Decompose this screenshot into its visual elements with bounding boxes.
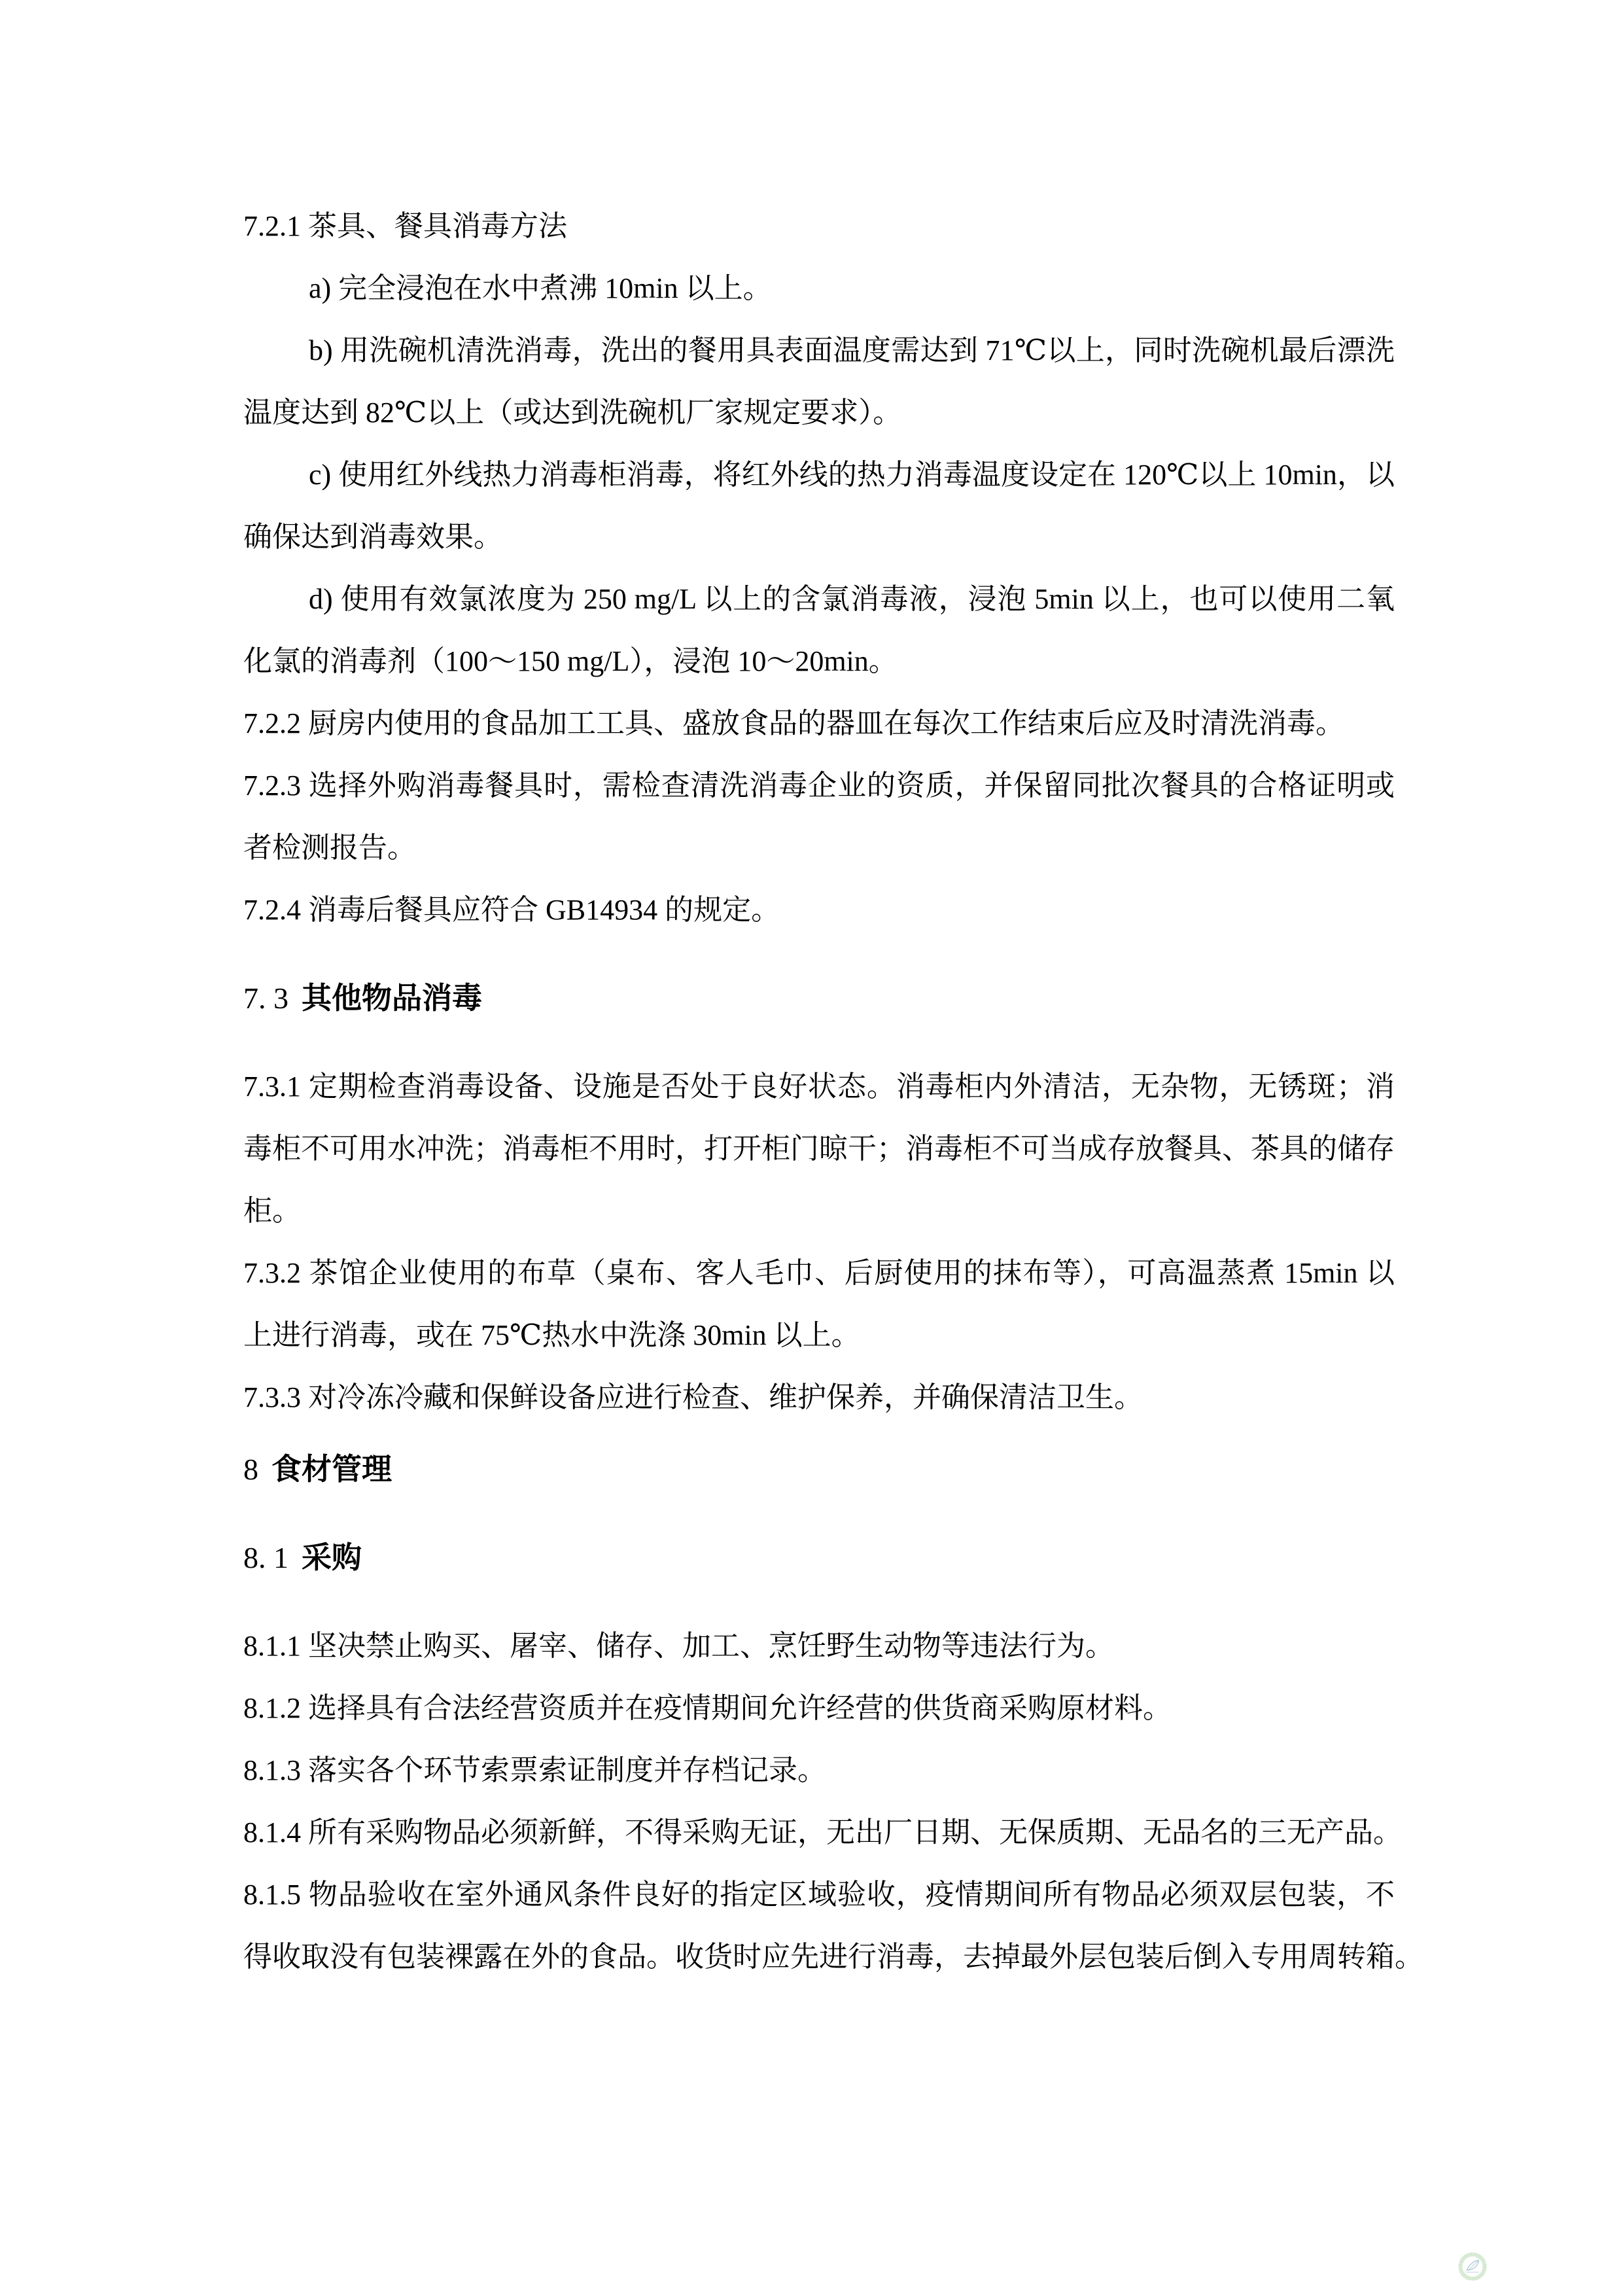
list-item-d-line-1: d) 使用有效氯浓度为 250 mg/L 以上的含氯消毒液，浸泡 5min 以上… — [243, 568, 1395, 630]
list-item-c-line-1: c) 使用红外线热力消毒柜消毒，将红外线的热力消毒温度设定在 120℃以上 10… — [243, 444, 1395, 506]
list-item-c-line-2: 确保达到消毒效果。 — [243, 506, 1395, 568]
list-item-a: a) 完全浸泡在水中煮沸 10min 以上。 — [243, 257, 1395, 319]
section-title: 其他物品消毒 — [302, 981, 482, 1015]
chapter-heading-8: 8食材管理 — [243, 1438, 1395, 1500]
clause-7-2-3-line-1: 7.2.3 选择外购消毒餐具时，需检查清洗消毒企业的资质，并保留同批次餐具的合格… — [243, 754, 1395, 817]
clause-7-3-1-line-3: 柜。 — [243, 1180, 1395, 1242]
clause-7-3-1-line-1: 7.3.1 定期检查消毒设备、设施是否处于良好状态。消毒柜内外清洁，无杂物，无锈… — [243, 1055, 1395, 1118]
chapter-title: 食材管理 — [271, 1452, 392, 1486]
clause-8-1-5-line-2: 得收取没有包装裸露在外的食品。收货时应先进行消毒，去掉最外层包装后倒入专用周转箱… — [243, 1926, 1395, 1988]
section-heading-7-3: 7. 3其他物品消毒 — [243, 967, 1395, 1029]
clause-7-2-4: 7.2.4 消毒后餐具应符合 GB14934 的规定。 — [243, 879, 1395, 941]
clause-7-2-3-line-2: 者检测报告。 — [243, 817, 1395, 879]
list-item-b-line-1: b) 用洗碗机清洗消毒，洗出的餐用具表面温度需达到 71℃以上，同时洗碗机最后漂… — [243, 319, 1395, 381]
clause-8-1-2: 8.1.2 选择具有合法经营资质并在疫情期间允许经营的供货商采购原材料。 — [243, 1677, 1395, 1739]
clause-7-3-2-line-2: 上进行消毒，或在 75℃热水中洗涤 30min 以上。 — [243, 1304, 1395, 1366]
list-item-b-line-2: 温度达到 82℃以上（或达到洗碗机厂家规定要求）。 — [243, 381, 1395, 444]
clause-8-1-3: 8.1.3 落实各个环节索票索证制度并存档记录。 — [243, 1739, 1395, 1801]
chapter-number: 8 — [243, 1453, 258, 1486]
section-title: 采购 — [302, 1540, 362, 1574]
section-number: 8. 1 — [243, 1541, 288, 1574]
section-number: 7. 3 — [243, 981, 288, 1015]
clause-7-2-2: 7.2.2 厨房内使用的食品加工工具、盛放食品的器皿在每次工作结束后应及时清洗消… — [243, 692, 1395, 754]
document-page: 7.2.1 茶具、餐具消毒方法 a) 完全浸泡在水中煮沸 10min 以上。 b… — [0, 0, 1623, 2296]
clause-8-1-4: 8.1.4 所有采购物品必须新鲜，不得采购无证，无出厂日期、无保质期、无品名的三… — [243, 1801, 1395, 1863]
clause-8-1-1: 8.1.1 坚决禁止购买、屠宰、储存、加工、烹饪野生动物等违法行为。 — [243, 1615, 1395, 1677]
clause-8-1-5-line-1: 8.1.5 物品验收在室外通风条件良好的指定区域验收，疫情期间所有物品必须双层包… — [243, 1863, 1395, 1926]
leaf-logo-watermark — [1457, 2251, 1488, 2282]
clause-7-3-1-line-2: 毒柜不可用水冲洗；消毒柜不用时，打开柜门晾干；消毒柜不可当成存放餐具、茶具的储存 — [243, 1118, 1395, 1180]
document-body: 7.2.1 茶具、餐具消毒方法 a) 完全浸泡在水中煮沸 10min 以上。 b… — [243, 195, 1395, 1988]
clause-7-3-3: 7.3.3 对冷冻冷藏和保鲜设备应进行检查、维护保养，并确保清洁卫生。 — [243, 1366, 1395, 1428]
list-item-d-line-2: 化氯的消毒剂（100～150 mg/L），浸泡 10～20min。 — [243, 630, 1395, 692]
section-heading-8-1: 8. 1采购 — [243, 1527, 1395, 1589]
clause-7-2-1-title: 7.2.1 茶具、餐具消毒方法 — [243, 195, 1395, 257]
clause-7-3-2-line-1: 7.3.2 茶馆企业使用的布草（桌布、客人毛巾、后厨使用的抹布等），可高温蒸煮 … — [243, 1242, 1395, 1304]
